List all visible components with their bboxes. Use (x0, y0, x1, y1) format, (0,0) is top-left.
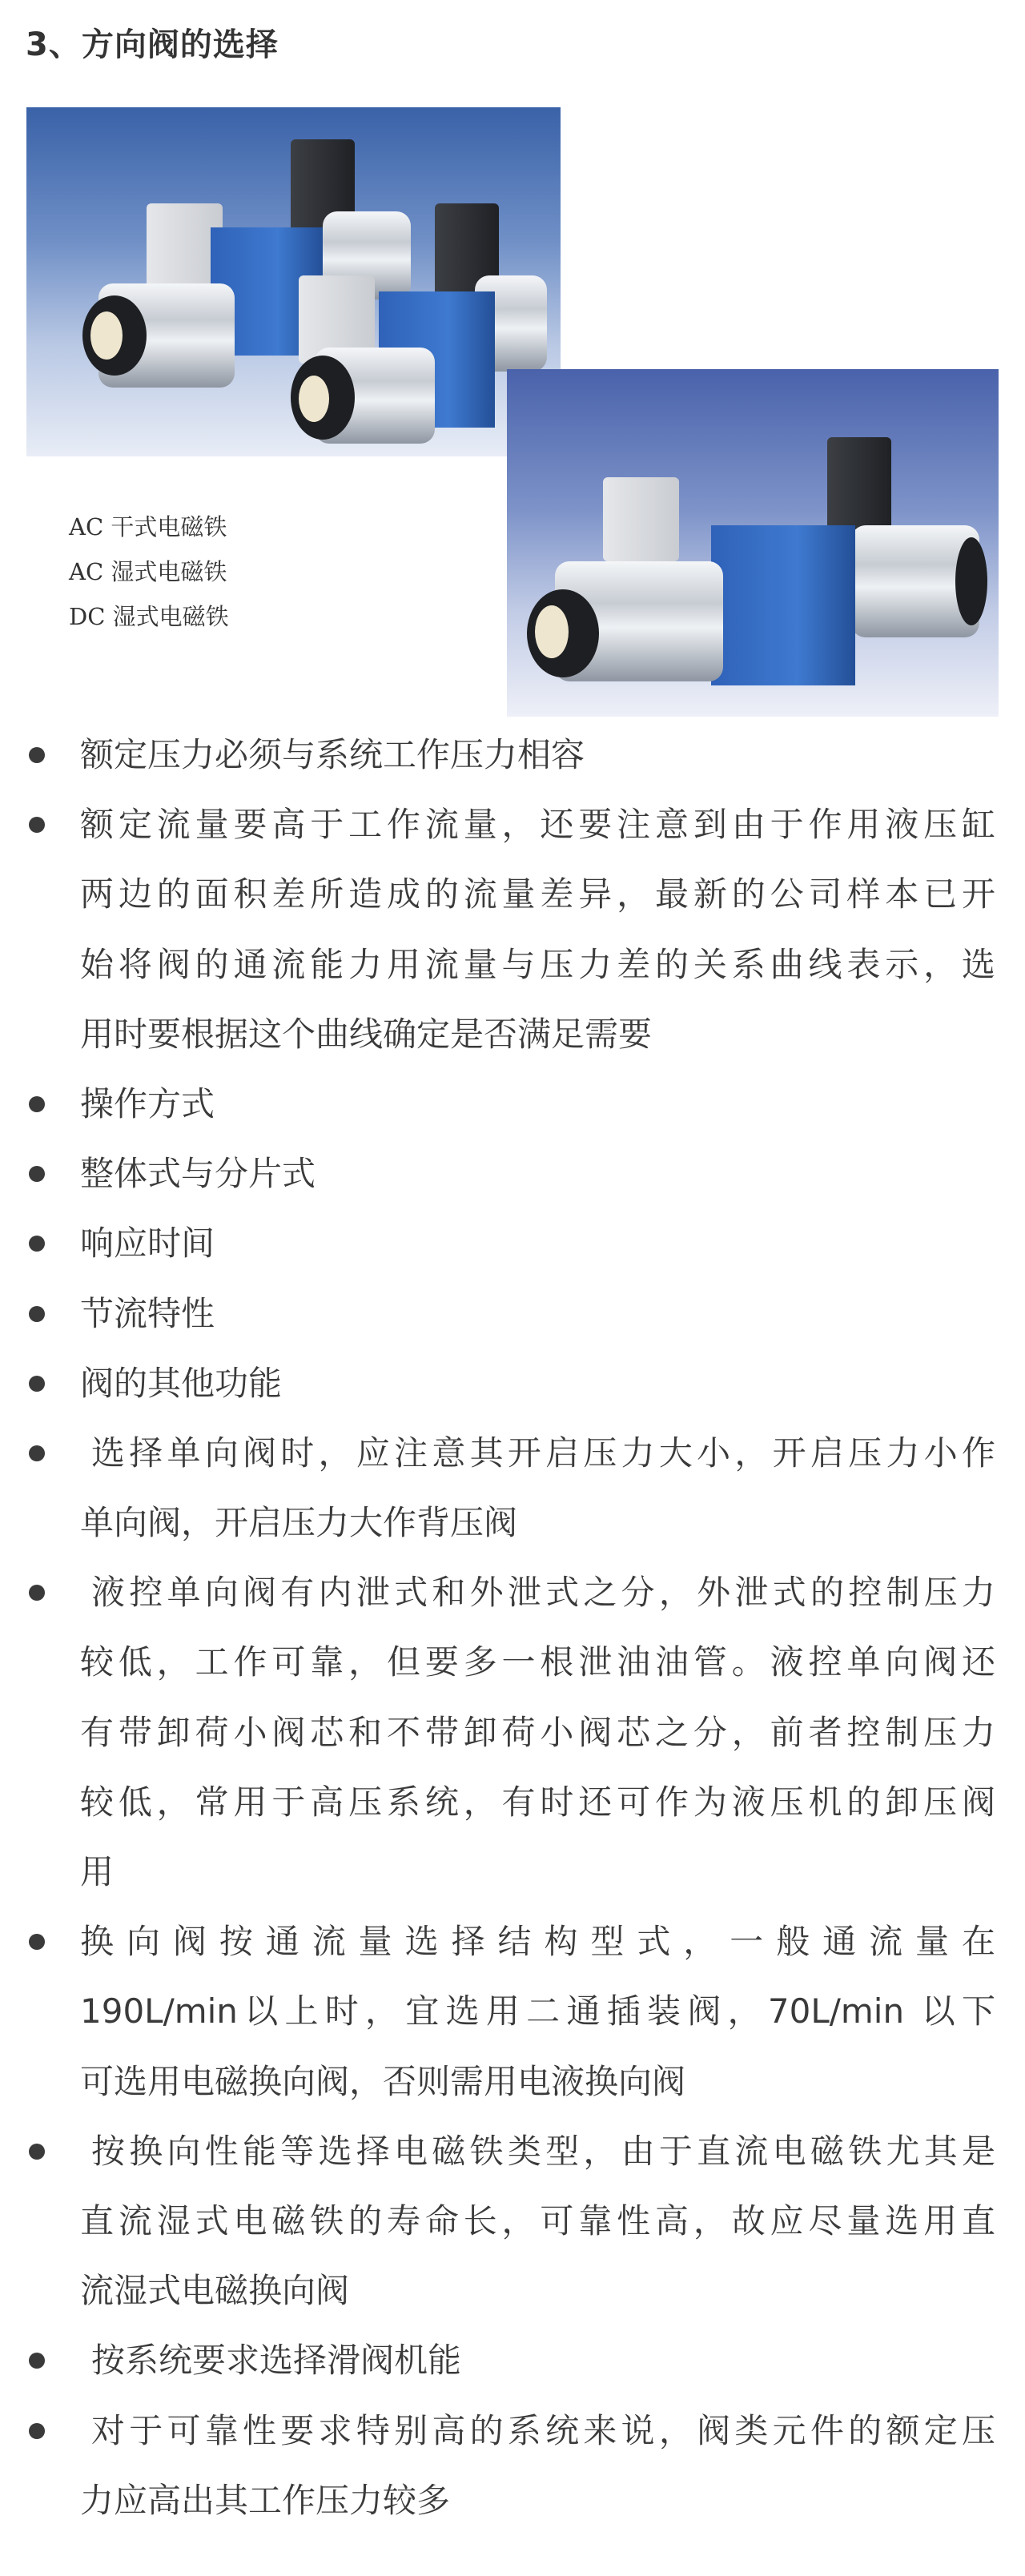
image-captions: AC 干式电磁铁 AC 湿式电磁铁 DC 湿式电磁铁 (69, 504, 229, 639)
bullet-dot-icon (29, 1585, 45, 1601)
list-item-text-line: 有带卸荷小阀芯和不带卸荷小阀芯之分，前者控制压力 (80, 1698, 995, 1767)
list-item-text-line: 响应时间 (80, 1208, 995, 1278)
list-item: 按系统要求选择滑阀机能 (0, 2325, 1025, 2395)
list-item-text-line: 力应高出其工作压力较多 (80, 2465, 995, 2535)
black-connector-icon (827, 437, 891, 533)
coil-cap-face-icon (299, 376, 329, 422)
list-item-text-line: 流湿式电磁换向阀 (80, 2256, 995, 2325)
list-item: 选择单向阀时，应注意其开启压力大小，开启压力小作单向阀，开启压力大作背压阀 (0, 1418, 1025, 1557)
list-item-text-line: 阀的其他功能 (80, 1348, 995, 1418)
list-item-text-line: 用 (80, 1837, 995, 1907)
bullet-dot-icon (29, 1236, 45, 1252)
bullet-dot-icon (29, 1306, 45, 1322)
valve-photo-single (507, 369, 999, 717)
list-item-text-line: 较低，常用于高压系统，有时还可作为液压机的卸压阀 (80, 1767, 995, 1837)
list-item-text-line: 选择单向阀时，应注意其开启压力大小，开启压力小作 (80, 1418, 995, 1488)
bullet-dot-icon (29, 1166, 45, 1182)
list-item-text-line: 整体式与分片式 (80, 1139, 995, 1208)
list-item-text-line: 操作方式 (80, 1069, 995, 1139)
white-connector-icon (603, 477, 679, 561)
bullet-dot-icon (29, 817, 45, 833)
list-item: 液控单向阀有内泄式和外泄式之分，外泄式的控制压力较低，工作可靠，但要多一根泄油油… (0, 1557, 1025, 1907)
list-item-text-line: 直流湿式电磁铁的寿命长，可靠性高，故应尽量选用直 (80, 2186, 995, 2256)
list-item: 按换向性能等选择电磁铁类型，由于直流电磁铁尤其是直流湿式电磁铁的寿命长，可靠性高… (0, 2116, 1025, 2326)
coil-cap-face-icon (535, 605, 569, 658)
caption-dc-wet: DC 湿式电磁铁 (69, 594, 229, 639)
list-item: 操作方式 (0, 1069, 1025, 1139)
list-item: 额定压力必须与系统工作压力相容 (0, 720, 1025, 790)
list-item-text-line: 两边的面积差所造成的流量差异，最新的公司样本已开 (80, 859, 995, 929)
bullet-dot-icon (29, 1096, 45, 1112)
list-item-text-line: 始将阀的通流能力用流量与压力差的关系曲线表示，选 (80, 930, 995, 999)
bullet-dot-icon (29, 2144, 45, 2160)
list-item-text-line: 按换向性能等选择电磁铁类型，由于直流电磁铁尤其是 (80, 2116, 995, 2186)
list-item: 换向阀按通流量选择结构型式，一般通流量在190L/min以上时，宜选用二通插装阀… (0, 1907, 1025, 2116)
list-item-text-line: 液控单向阀有内泄式和外泄式之分，外泄式的控制压力 (80, 1557, 995, 1627)
list-item: 额定流量要高于工作流量，还要注意到由于作用液压缸两边的面积差所造成的流量差异，最… (0, 790, 1025, 1069)
valve-body-icon (711, 525, 855, 685)
list-item: 阀的其他功能 (0, 1348, 1025, 1418)
bullet-dot-icon (29, 1445, 45, 1461)
list-item-text-line: 较低，工作可靠，但要多一根泄油油管。液控单向阀还 (80, 1627, 995, 1697)
bullet-dot-icon (29, 1934, 45, 1950)
caption-ac-wet: AC 湿式电磁铁 (69, 549, 229, 594)
bullet-dot-icon (29, 2353, 45, 2369)
section-title: 3、方向阀的选择 (26, 24, 279, 66)
list-item-text-line: 可选用电磁换向阀，否则需用电液换向阀 (80, 2047, 995, 2116)
list-item-text-line: 额定流量要高于工作流量，还要注意到由于作用液压缸 (80, 790, 995, 859)
list-item: 节流特性 (0, 1279, 1025, 1348)
coil-cap-icon (955, 537, 987, 625)
valve-photo-pair (26, 107, 561, 456)
list-item-text-line: 节流特性 (80, 1279, 995, 1348)
list-item-text-line: 用时要根据这个曲线确定是否满足需要 (80, 999, 995, 1069)
list-item: 响应时间 (0, 1208, 1025, 1278)
list-item-text-line: 单向阀，开启压力大作背压阀 (80, 1488, 995, 1557)
bullet-dot-icon (29, 2423, 45, 2439)
list-item: 对于可靠性要求特别高的系统来说，阀类元件的额定压力应高出其工作压力较多 (0, 2396, 1025, 2535)
bullet-dot-icon (29, 1376, 45, 1392)
list-item-text-line: 对于可靠性要求特别高的系统来说，阀类元件的额定压 (80, 2396, 995, 2465)
list-item-text-line: 190L/min以上时，宜选用二通插装阀，70L/min 以下 (80, 1976, 995, 2046)
list-item: 整体式与分片式 (0, 1139, 1025, 1208)
caption-ac-dry: AC 干式电磁铁 (69, 504, 229, 549)
bullet-list: 额定压力必须与系统工作压力相容额定流量要高于工作流量，还要注意到由于作用液压缸两… (0, 720, 1025, 2535)
list-item-text-line: 换向阀按通流量选择结构型式，一般通流量在 (80, 1907, 995, 1976)
coil-cap-face-icon (90, 311, 123, 360)
list-item-text-line: 按系统要求选择滑阀机能 (80, 2325, 995, 2395)
bullet-dot-icon (29, 747, 45, 763)
list-item-text-line: 额定压力必须与系统工作压力相容 (80, 720, 995, 790)
